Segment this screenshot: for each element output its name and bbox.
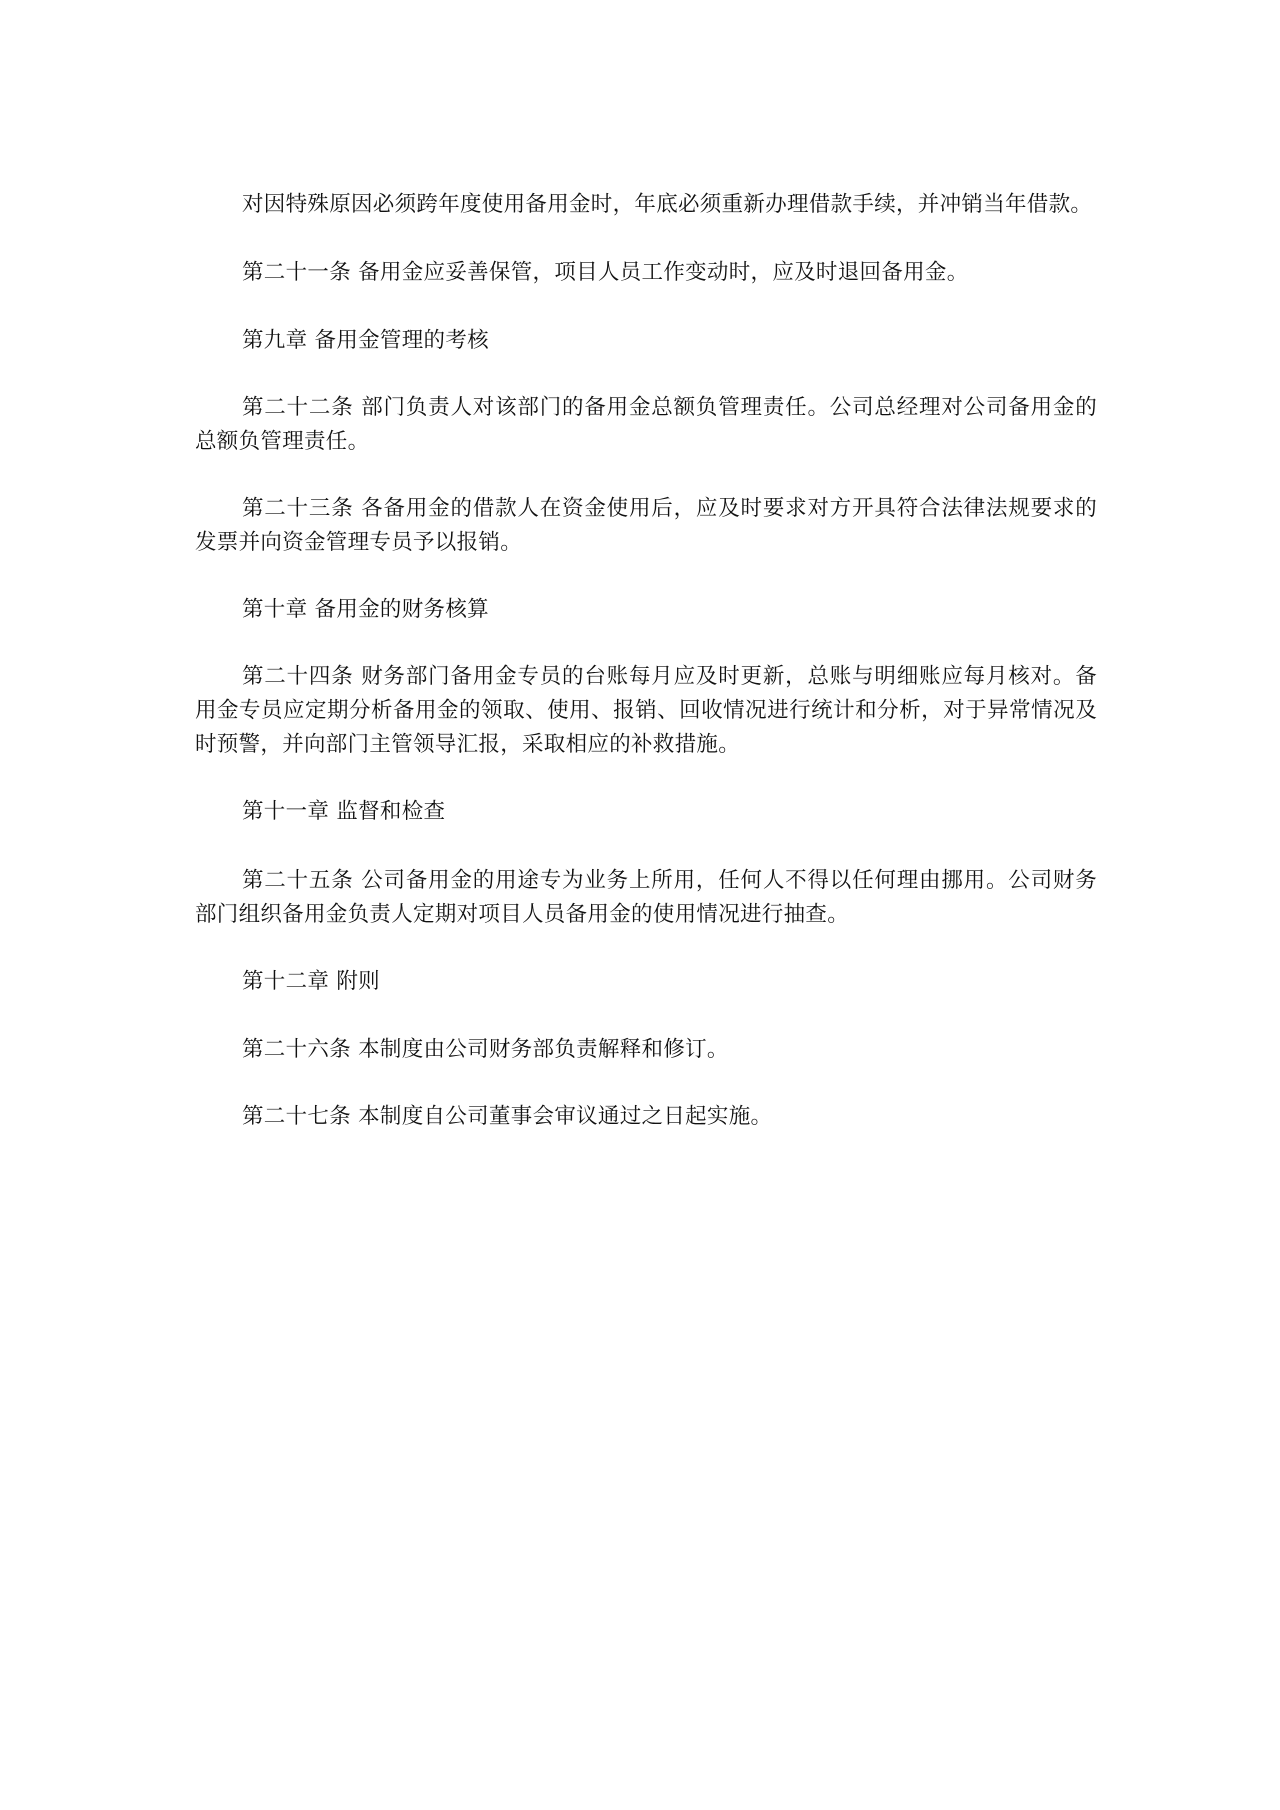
article-27: 第二十七条 本制度自公司董事会审议通过之日起实施。 <box>195 1100 1097 1134</box>
chapter-9-heading: 第九章 备用金管理的考核 <box>195 324 1097 358</box>
article-22: 第二十二条 部门负责人对该部门的备用金总额负管理责任。公司总经理对公司备用金的总… <box>195 391 1097 459</box>
chapter-12-heading: 第十二章 附则 <box>195 965 1097 999</box>
document-page: 对因特殊原因必须跨年度使用备用金时，年底必须重新办理借款手续，并冲销当年借款。 … <box>0 0 1280 1810</box>
article-23: 第二十三条 各备用金的借款人在资金使用后，应及时要求对方开具符合法律法规要求的发… <box>195 492 1097 560</box>
article-26: 第二十六条 本制度由公司财务部负责解释和修订。 <box>195 1033 1097 1067</box>
paragraph-carryover: 对因特殊原因必须跨年度使用备用金时，年底必须重新办理借款手续，并冲销当年借款。 <box>195 188 1097 222</box>
article-25: 第二十五条 公司备用金的用途专为业务上所用，任何人不得以任何理由挪用。公司财务部… <box>195 864 1097 932</box>
chapter-10-heading: 第十章 备用金的财务核算 <box>195 593 1097 627</box>
article-24: 第二十四条 财务部门备用金专员的台账每月应及时更新，总账与明细账应每月核对。备用… <box>195 660 1097 762</box>
article-21: 第二十一条 备用金应妥善保管，项目人员工作变动时，应及时退回备用金。 <box>195 256 1097 290</box>
chapter-11-heading: 第十一章 监督和检查 <box>195 795 1097 829</box>
